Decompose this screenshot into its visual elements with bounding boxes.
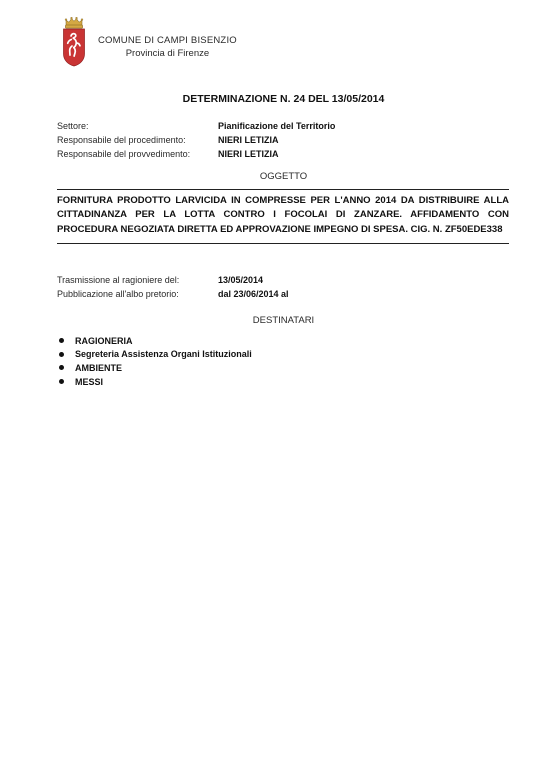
list-item: AMBIENTE — [59, 361, 459, 375]
transmission-section: Trasmissione al ragioniere del: 13/05/20… — [57, 273, 510, 301]
coat-of-arms-icon — [61, 15, 87, 68]
field-row-resp-procedimento: Responsabile del procedimento: NIERI LET… — [57, 133, 510, 147]
bullet-icon — [59, 352, 64, 357]
field-value: NIERI LETIZIA — [218, 147, 279, 161]
municipality-name: COMUNE DI CAMPI BISENZIO — [98, 34, 237, 47]
field-row-trasmissione: Trasmissione al ragioniere del: 13/05/20… — [57, 273, 510, 287]
field-row-settore: Settore: Pianificazione del Territorio — [57, 119, 510, 133]
field-value: Pianificazione del Territorio — [218, 119, 335, 133]
field-label: Settore: — [57, 119, 218, 133]
field-value: 13/05/2014 — [218, 273, 263, 287]
document-title: DETERMINAZIONE N. 24 DEL 13/05/2014 — [57, 93, 510, 105]
list-item: Segreteria Assistenza Organi Istituziona… — [59, 348, 459, 362]
field-label: Responsabile del procedimento: — [57, 133, 218, 147]
province-name: Provincia di Firenze — [98, 47, 237, 60]
fields-section: Settore: Pianificazione del Territorio R… — [57, 119, 510, 161]
letterhead: COMUNE DI CAMPI BISENZIO Provincia di Fi… — [98, 34, 237, 60]
field-label: Responsabile del provvedimento: — [57, 147, 218, 161]
field-label: Pubblicazione all'albo pretorio: — [57, 287, 218, 301]
bullet-icon — [59, 365, 64, 370]
bullet-icon — [59, 379, 64, 384]
subject-heading: OGGETTO — [57, 171, 510, 182]
recipient-name: AMBIENTE — [75, 363, 122, 373]
bullet-icon — [59, 338, 64, 343]
recipients-heading: DESTINATARI — [57, 315, 510, 326]
field-row-pubblicazione: Pubblicazione all'albo pretorio: dal 23/… — [57, 287, 510, 301]
list-item: MESSI — [59, 375, 459, 389]
subject-text: FORNITURA PRODOTTO LARVICIDA IN COMPRESS… — [57, 194, 509, 237]
field-value: NIERI LETIZIA — [218, 133, 279, 147]
recipients-list: RAGIONERIA Segreteria Assistenza Organi … — [59, 334, 459, 388]
recipient-name: MESSI — [75, 377, 103, 387]
document-page: COMUNE DI CAMPI BISENZIO Provincia di Fi… — [0, 0, 543, 768]
field-value: dal 23/06/2014 al — [218, 287, 289, 301]
shield-icon — [64, 29, 85, 66]
recipient-name: Segreteria Assistenza Organi Istituziona… — [75, 349, 252, 359]
crown-icon — [65, 17, 83, 28]
field-row-resp-provvedimento: Responsabile del provvedimento: NIERI LE… — [57, 147, 510, 161]
recipient-name: RAGIONERIA — [75, 336, 133, 346]
list-item: RAGIONERIA — [59, 334, 459, 348]
field-label: Trasmissione al ragioniere del: — [57, 273, 218, 287]
subject-box: FORNITURA PRODOTTO LARVICIDA IN COMPRESS… — [57, 189, 509, 244]
